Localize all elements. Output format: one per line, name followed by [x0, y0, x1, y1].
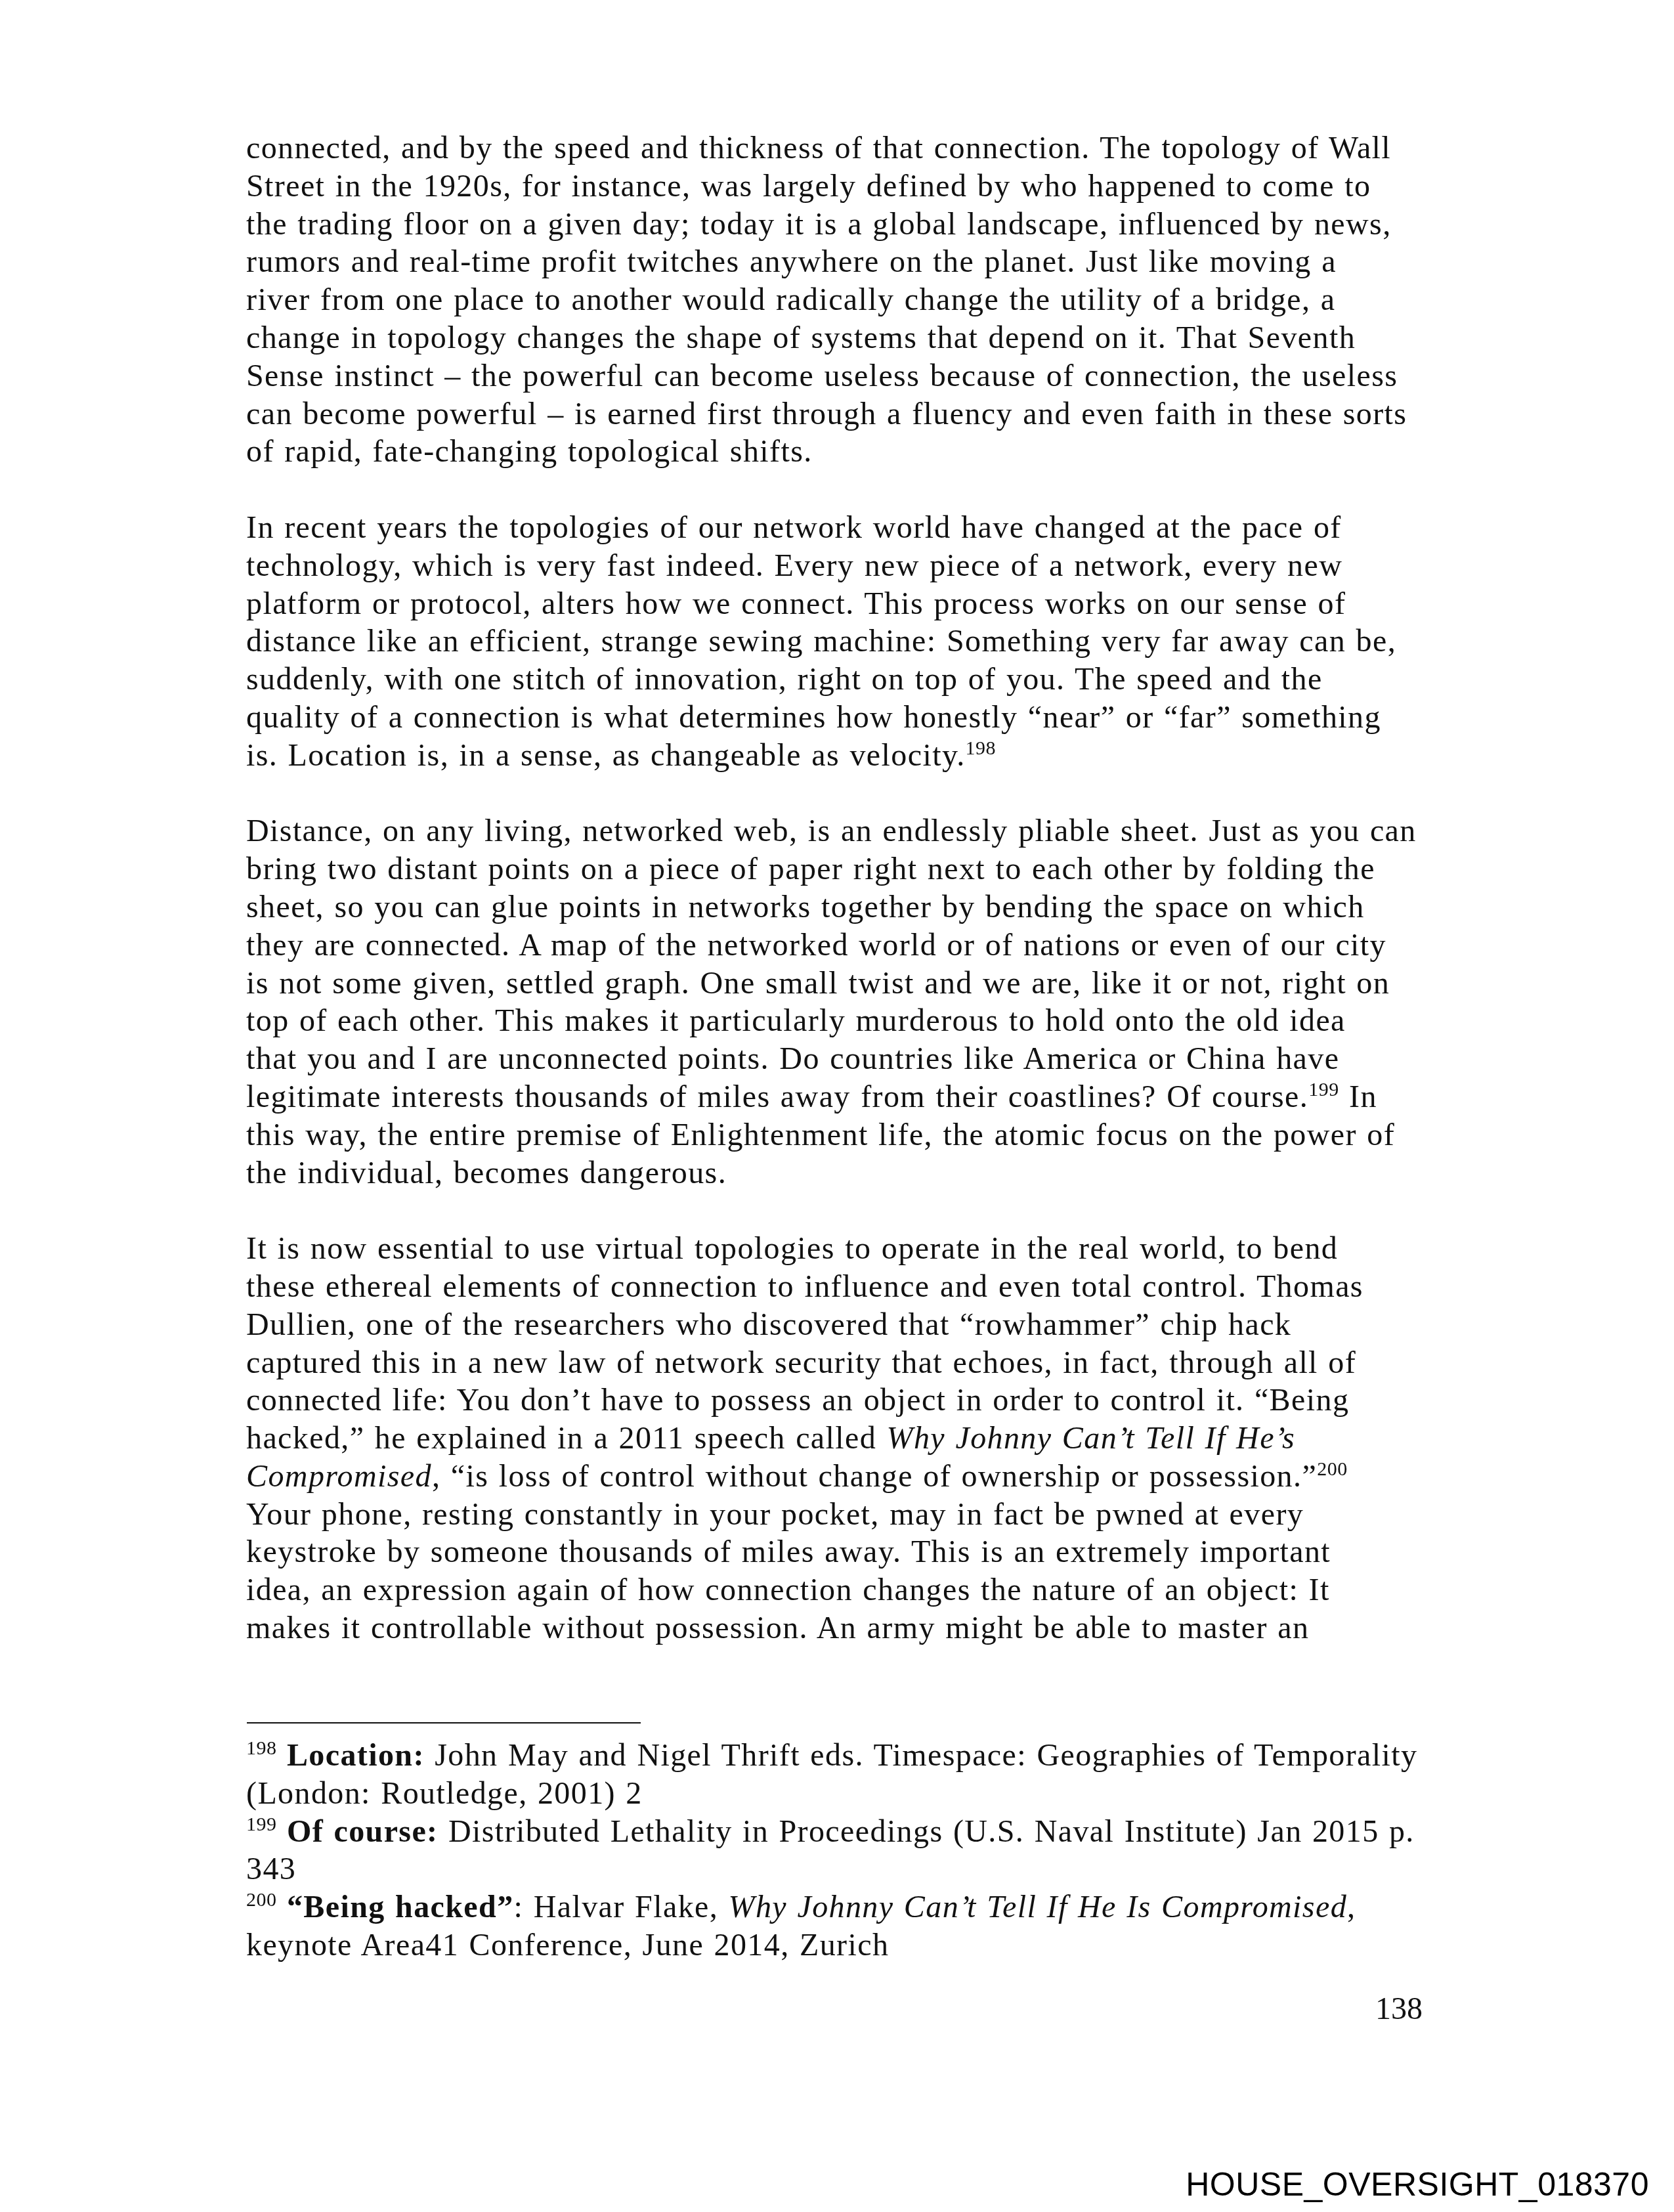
paragraph-3: Distance, on any living, networked web, …	[246, 812, 1428, 1192]
text-line-content: hacked,” he explained in a 2011 speech c…	[246, 1421, 887, 1456]
text-line: suddenly, with one stitch of innovation,…	[246, 661, 1428, 699]
text-line: top of each other. This makes it particu…	[246, 1002, 1428, 1040]
text-line: bring two distant points on a piece of p…	[246, 850, 1428, 888]
text-line: keystroke by someone thousands of miles …	[246, 1533, 1428, 1571]
text-line: change in topology changes the shape of …	[246, 319, 1428, 357]
text-line: the trading floor on a given day; today …	[246, 206, 1428, 244]
text-line: legitimate interests thousands of miles …	[246, 1078, 1428, 1116]
footnote-label: Location:	[287, 1738, 425, 1773]
speech-title-italic: Why Johnny Can’t Tell If He’s	[887, 1421, 1296, 1456]
body-text: connected, and by the speed and thicknes…	[246, 129, 1428, 1647]
footnote-label: “Being hacked”	[287, 1890, 514, 1924]
text-line: connected, and by the speed and thicknes…	[246, 129, 1428, 167]
footnote-ref-198[interactable]: 198	[966, 737, 997, 759]
bates-stamp: HOUSE_OVERSIGHT_018370	[1186, 2168, 1649, 2201]
footnote-ref-199[interactable]: 199	[1308, 1079, 1339, 1100]
page-number: 138	[1375, 1990, 1423, 2028]
text-line: rumors and real-time profit twitches any…	[246, 243, 1428, 281]
text-line: Distance, on any living, networked web, …	[246, 812, 1428, 850]
footnote-ref-200[interactable]: 200	[1317, 1458, 1348, 1480]
footnote-separator	[247, 1722, 641, 1724]
text-line: Sense instinct – the powerful can become…	[246, 357, 1428, 395]
footnote-text: Halvar Flake,	[523, 1890, 728, 1924]
text-line: can become powerful – is earned first th…	[246, 395, 1428, 433]
text-line: that you and I are unconnected points. D…	[246, 1040, 1428, 1078]
text-line: is not some given, settled graph. One sm…	[246, 965, 1428, 1003]
text-line: of rapid, fate-changing topological shif…	[246, 433, 1428, 471]
text-line: these ethereal elements of connection to…	[246, 1268, 1428, 1306]
document-page: connected, and by the speed and thicknes…	[0, 0, 1674, 2212]
footnote-number: 199	[246, 1813, 277, 1835]
text-line: platform or protocol, alters how we conn…	[246, 585, 1428, 623]
text-line: In recent years the topologies of our ne…	[246, 509, 1428, 547]
footnote-line: (London: Routledge, 2001) 2	[246, 1775, 1428, 1813]
paragraph-4: It is now essential to use virtual topol…	[246, 1230, 1428, 1647]
text-line-content: legitimate interests thousands of miles …	[246, 1079, 1308, 1114]
text-line: Compromised, “is loss of control without…	[246, 1458, 1428, 1496]
text-line: makes it controllable without possession…	[246, 1609, 1428, 1647]
footnote-text: John May and Nigel Thrift eds. Timespace…	[425, 1738, 1418, 1773]
text-line: technology, which is very fast indeed. E…	[246, 547, 1428, 585]
text-line: quality of a connection is what determin…	[246, 699, 1428, 737]
text-line: Street in the 1920s, for instance, was l…	[246, 167, 1428, 206]
text-line: the individual, becomes dangerous.	[246, 1154, 1428, 1192]
text-line: they are connected. A map of the network…	[246, 926, 1428, 965]
footnote-line: keynote Area41 Conference, June 2014, Zu…	[246, 1926, 1428, 1964]
text-line-content: In	[1339, 1079, 1377, 1114]
text-line: hacked,” he explained in a 2011 speech c…	[246, 1420, 1428, 1458]
footnotes: 198 Location: John May and Nigel Thrift …	[246, 1737, 1428, 1964]
footnote-label: Of course:	[287, 1814, 439, 1849]
footnote-text: Distributed Lethality in Proceedings (U.…	[439, 1814, 1415, 1849]
text-line: is. Location is, in a sense, as changeab…	[246, 737, 1428, 775]
text-line: Dullien, one of the researchers who disc…	[246, 1306, 1428, 1344]
footnote-199: 199 Of course: Distributed Lethality in …	[246, 1813, 1428, 1889]
text-line: connected life: You don’t have to posses…	[246, 1381, 1428, 1420]
speech-title-italic: Compromised	[246, 1459, 432, 1494]
text-line: It is now essential to use virtual topol…	[246, 1230, 1428, 1268]
text-line: captured this in a new law of network se…	[246, 1344, 1428, 1382]
footnote-line: 199 Of course: Distributed Lethality in …	[246, 1813, 1428, 1851]
footnote-colon: :	[514, 1890, 524, 1924]
footnote-title-italic: Why Johnny Can’t Tell If He Is Compromis…	[729, 1890, 1348, 1924]
footnote-number: 200	[246, 1889, 277, 1911]
text-line-content: is. Location is, in a sense, as changeab…	[246, 738, 966, 773]
text-line-content: , “is loss of control without change of …	[432, 1459, 1317, 1494]
footnote-198: 198 Location: John May and Nigel Thrift …	[246, 1737, 1428, 1813]
footnote-line: 343	[246, 1850, 1428, 1888]
footnote-line: 198 Location: John May and Nigel Thrift …	[246, 1737, 1428, 1775]
text-line: river from one place to another would ra…	[246, 281, 1428, 319]
text-line: distance like an efficient, strange sewi…	[246, 622, 1428, 661]
footnote-line: 200 “Being hacked”: Halvar Flake, Why Jo…	[246, 1888, 1428, 1926]
footnote-200: 200 “Being hacked”: Halvar Flake, Why Jo…	[246, 1888, 1428, 1964]
text-line: this way, the entire premise of Enlighte…	[246, 1116, 1428, 1154]
paragraph-1: connected, and by the speed and thicknes…	[246, 129, 1428, 471]
footnote-number: 198	[246, 1737, 277, 1759]
paragraph-2: In recent years the topologies of our ne…	[246, 509, 1428, 775]
text-line: Your phone, resting constantly in your p…	[246, 1496, 1428, 1534]
text-line: sheet, so you can glue points in network…	[246, 888, 1428, 926]
text-line: idea, an expression again of how connect…	[246, 1571, 1428, 1609]
footnote-text: ,	[1347, 1890, 1356, 1924]
